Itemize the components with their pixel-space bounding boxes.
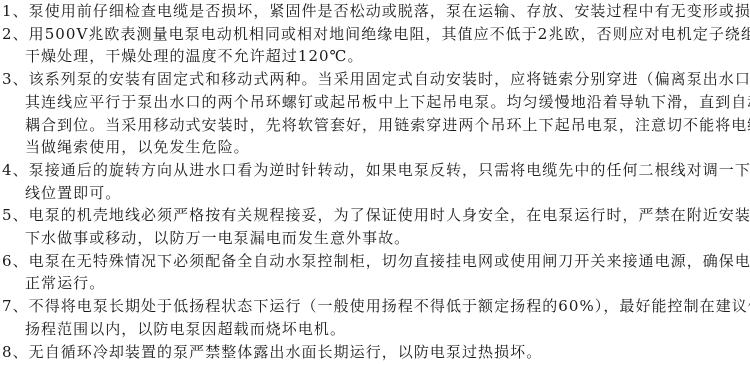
item-number: 2、 <box>2 25 29 43</box>
item-number: 3、 <box>2 70 29 88</box>
instruction-item-4-continuation: 线位置即可。 <box>25 182 121 204</box>
item-number: 5、 <box>2 206 29 224</box>
item-number: 7、 <box>2 297 29 315</box>
item-text: 干燥处理，干燥处理的温度不允许超过120℃。 <box>25 47 364 65</box>
item-text: 扬程范围以内，以防电泵因超载而烧坏电机。 <box>25 320 346 338</box>
instruction-item-6-continuation: 正常运行。 <box>25 272 105 294</box>
item-number: 8、 <box>2 343 29 361</box>
item-number: 1、 <box>2 2 29 20</box>
instruction-item-5: 5、电泵的机壳地线必须严格按有关规程接妥，为了保证使用时人身安全，在电泵运行时，… <box>2 204 750 226</box>
item-text: 下水做事或移动，以防万一电泵漏电而发生意外事故。 <box>25 229 410 247</box>
item-text: 正常运行。 <box>25 274 105 292</box>
item-text: 该系列泵的安装有固定式和移动式两种。当采用固定式自动安装时，应将链索分别穿进（偏… <box>29 70 750 88</box>
item-text: 耦合到位。当采用移动式安装时，先将软管套好，用链索穿进两个吊环上下起吊电泵，注意… <box>25 116 750 134</box>
item-number: 6、 <box>2 252 29 270</box>
instruction-item-2: 2、用500V兆欧表测量电泵电动机相同或相对地间绝缘电阻，其值应不低于2兆欧，否… <box>2 23 750 45</box>
item-text: 当做绳索使用，以免发生危险。 <box>25 138 250 156</box>
instruction-item-7: 7、不得将电泵长期处于低扬程状态下运行（一般使用扬程不得低于额定扬程的60%），… <box>2 295 750 317</box>
item-text: 线位置即可。 <box>25 184 121 202</box>
item-text: 电泵的机壳地线必须严格按有关规程接妥，为了保证使用时人身安全，在电泵运行时，严禁… <box>29 206 750 224</box>
instruction-item-3: 3、该系列泵的安装有固定式和移动式两种。当采用固定式自动安装时，应将链索分别穿进… <box>2 68 750 90</box>
instruction-item-5-continuation: 下水做事或移动，以防万一电泵漏电而发生意外事故。 <box>25 227 410 249</box>
instruction-item-8: 8、无自循环冷却装置的泵严禁整体露出水面长期运行，以防电泵过热损坏。 <box>2 341 542 363</box>
instruction-item-3-continuation: 当做绳索使用，以免发生危险。 <box>25 136 250 158</box>
item-text: 用500V兆欧表测量电泵电动机相同或相对地间绝缘电阻，其值应不低于2兆欧，否则应… <box>29 25 750 43</box>
instruction-item-1: 1、泵使用前仔细检查电缆是否损坏，紧固件是否松动或脱落，泵在运输、存放、安装过程… <box>2 0 750 22</box>
item-text: 无自循环冷却装置的泵严禁整体露出水面长期运行，以防电泵过热损坏。 <box>29 343 543 361</box>
instruction-item-3-continuation: 耦合到位。当采用移动式安装时，先将软管套好，用链索穿进两个吊环上下起吊电泵，注意… <box>25 114 750 136</box>
instruction-item-6: 6、电泵在无特殊情况下必须配备全自动水泵控制柜，切勿直接挂电网或使用闸刀开关来接… <box>2 250 750 272</box>
instruction-item-3-continuation: 其连线应平行于泵出水口的两个吊环螺钉或起吊板中上下起吊电泵。均匀缓慢地沿着导轨下… <box>25 91 750 113</box>
instruction-item-4: 4、泵接通后的旋转方向从进水口看为逆时针转动，如果电泵反转，只需将电缆先中的任何… <box>2 159 750 181</box>
item-text: 泵接通后的旋转方向从进水口看为逆时针转动，如果电泵反转，只需将电缆先中的任何二根… <box>29 161 750 179</box>
item-text: 电泵在无特殊情况下必须配备全自动水泵控制柜，切勿直接挂电网或使用闸刀开关来接通电… <box>29 252 750 270</box>
instruction-item-7-continuation: 扬程范围以内，以防电泵因超载而烧坏电机。 <box>25 318 346 340</box>
item-text: 泵使用前仔细检查电缆是否损坏，紧固件是否松动或脱落，泵在运输、存放、安装过程中有… <box>29 2 750 20</box>
item-number: 4、 <box>2 161 29 179</box>
item-text: 不得将电泵长期处于低扬程状态下运行（一般使用扬程不得低于额定扬程的60%），最好… <box>29 297 750 315</box>
instruction-item-2-continuation: 干燥处理，干燥处理的温度不允许超过120℃。 <box>25 45 364 67</box>
item-text: 其连线应平行于泵出水口的两个吊环螺钉或起吊板中上下起吊电泵。均匀缓慢地沿着导轨下… <box>25 93 750 111</box>
